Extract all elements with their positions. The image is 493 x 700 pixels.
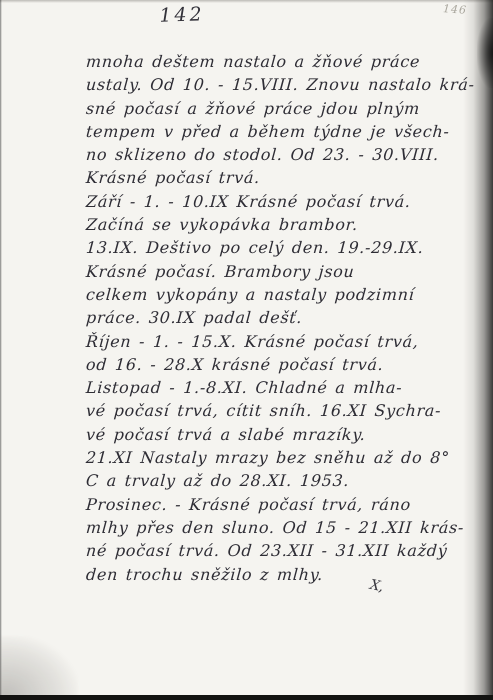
handwritten-line: celkem vykopány a nastaly podzimní: [85, 283, 447, 306]
handwritten-line: né počasí trvá. Od 23.XII - 31.XII každý: [85, 539, 447, 562]
handwritten-line: Listopad - 1.-8.XI. Chladné a mlha-: [85, 376, 447, 399]
pencil-check-mark: X,: [368, 577, 383, 595]
handwritten-line: práce. 30.IX padal dešť.: [85, 306, 447, 329]
manuscript-text-block: mnoha deštem nastalo a žňové práce ustal…: [86, 50, 446, 586]
handwritten-line: Krásné počasí. Brambory jsou: [85, 260, 447, 283]
handwritten-line: Krásné počasí trvá.: [85, 166, 447, 189]
handwritten-line: no sklizeno do stodol. Od 23. - 30.VIII.: [85, 143, 447, 166]
handwritten-line: den trochu sněžilo z mlhy.: [85, 563, 447, 586]
handwritten-line: 21.XI Nastaly mrazy bez sněhu až do 8°: [85, 446, 447, 469]
handwritten-line: C a trvaly až do 28.XI. 1953.: [85, 469, 447, 492]
handwritten-line: mlhy přes den sluno. Od 15 - 21.XII krás…: [85, 516, 447, 539]
scan-gutter-shadow: [463, 0, 493, 700]
handwritten-line: Říjen - 1. - 15.X. Krásné počasí trvá,: [85, 330, 447, 353]
scan-gutter-shadow-blob: [477, 18, 493, 88]
handwritten-line: od 16. - 28.X krásné počasí trvá.: [85, 353, 447, 376]
handwritten-line: 13.IX. Deštivo po celý den. 19.-29.IX.: [85, 236, 447, 259]
scan-top-edge: [0, 0, 493, 3]
handwritten-line: vé počasí trvá, cítit sníh. 16.XI Sychra…: [85, 399, 447, 422]
page-number: 142: [152, 3, 213, 27]
handwritten-line: tempem v před a během týdne je všech-: [85, 120, 447, 143]
scan-left-edge: [0, 0, 2, 700]
scanned-page: 142 146 mnoha deštem nastalo a žňové prá…: [0, 0, 493, 700]
scan-bottom-edge: [0, 695, 493, 700]
handwritten-line: Začíná se vykopávka brambor.: [85, 213, 447, 236]
handwritten-line: mnoha deštem nastalo a žňové práce: [85, 50, 447, 73]
handwritten-line: vé počasí trvá a slabé mrazíky.: [85, 423, 447, 446]
handwritten-line: ustaly. Od 10. - 15.VIII. Znovu nastalo …: [85, 73, 447, 96]
handwritten-line: Září - 1. - 10.IX Krásné počasí trvá.: [85, 190, 447, 213]
handwritten-line: Prosinec. - Krásné počasí trvá, ráno: [85, 493, 447, 516]
scan-smudge: [0, 636, 78, 700]
handwritten-line: sné počasí a žňové práce jdou plným: [85, 97, 447, 120]
